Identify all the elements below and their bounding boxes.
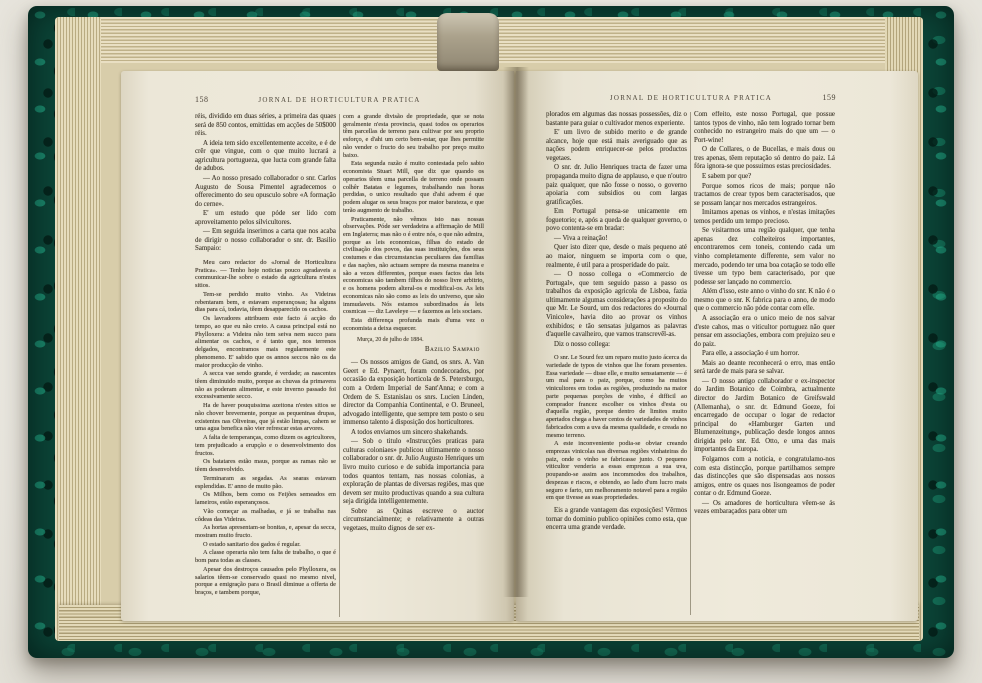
paragraph: plorados em algumas das nossas possessõe… (546, 111, 687, 128)
paragraph: Murça, 20 de julho de 1884. (343, 337, 484, 344)
paragraph: Sobre as Quinas escreve o auctor circums… (343, 508, 484, 534)
paragraph: Meu caro redactor do «Jornal de Horticul… (195, 259, 336, 290)
paragraph: O de Collares, o de Bucellas, e mais dou… (694, 146, 835, 172)
column-rule (690, 112, 691, 615)
paragraph: Os lavradores attribuem este facto á acç… (195, 315, 336, 369)
paragraph: com a grande divisão de propriedade, que… (343, 113, 484, 159)
paragraph: Além d'isso, este anno o vinho do snr. K… (694, 288, 835, 314)
paragraph: Bazilio Sampaio (343, 346, 480, 354)
right-page-number: 159 (802, 93, 836, 102)
paragraph: Imitamos apenas os vinhos, e n'estas imi… (694, 209, 835, 226)
paragraph: — Sob o titulo «Instrucções praticas par… (343, 438, 484, 507)
left-page: 158 JORNAL DE HORTICULTURA PRATICA réis,… (121, 71, 514, 621)
paragraph: O snr. Le Sourd fez um reparo muito just… (546, 354, 687, 439)
paragraph: Ha de haver pouquissima azeitona n'estes… (195, 402, 336, 433)
paragraph: E' um livro de subido merito e de grande… (546, 129, 687, 163)
paragraph: Vão começar as malhadas, e já se trabalh… (195, 508, 336, 523)
paragraph: — Ao nosso presado collaborador o snr. C… (195, 175, 336, 209)
text-column-right-2: Com effeito, este nosso Portugal, que po… (694, 111, 835, 619)
paragraph: Diz o nosso collega: (546, 341, 687, 350)
paragraph: E' um estudo que póde ser lido com aprov… (195, 210, 336, 227)
paragraph: A este inconveniente podia-se obviar cre… (546, 440, 687, 502)
paragraph: O snr. dr. Julio Henriques tracta de faz… (546, 164, 687, 207)
right-page-columns: plorados em algumas das nossas possessõe… (546, 111, 836, 619)
paragraph: As hortas apresentam-se bonitas, e, apes… (195, 524, 336, 539)
right-page: JORNAL DE HORTICULTURA PRATICA 159 plora… (516, 71, 918, 621)
paragraph: Em Portugal pensa-se unicamente em fogue… (546, 208, 687, 234)
paragraph: A associação era o unico meio de nos sal… (694, 315, 835, 349)
paragraph: Esta segunda razão é muito contestada pe… (343, 160, 484, 214)
paragraph: — O nosso collega o «Commercio de Portug… (546, 271, 687, 340)
paragraph: E sabem por que? (694, 173, 835, 182)
paragraph: A classe operaria não tem falta de traba… (195, 549, 336, 564)
journal-title: JORNAL DE HORTICULTURA PRATICA (580, 94, 802, 102)
paragraph: Quer isto dizer que, desde o mais pequen… (546, 244, 687, 270)
paragraph: Praticamente, não vêmos isto nas nossas … (343, 216, 484, 317)
journal-title: JORNAL DE HORTICULTURA PRATICA (229, 96, 450, 104)
paragraph: A ideia tem sido excellentemente acceite… (195, 140, 336, 174)
paragraph: — Os amadores de horticultura vêem-se ás… (694, 500, 835, 517)
paragraph: Mais ao deante reconhecerá o erro, mas e… (694, 360, 835, 377)
paragraph: Os batatares estão maus, porque as ramas… (195, 458, 336, 473)
paragraph: réis, dividido em duas séries, a primeir… (195, 113, 336, 139)
right-page-header: JORNAL DE HORTICULTURA PRATICA 159 (546, 93, 836, 102)
photo-backdrop: 158 JORNAL DE HORTICULTURA PRATICA réis,… (0, 0, 982, 683)
left-page-number: 158 (195, 95, 229, 104)
paragraph: — Os nossos amigos de Gand, os snrs. A. … (343, 359, 484, 428)
paragraph: O estado sanitario dos gados é regular. (195, 541, 336, 549)
column-rule (339, 114, 340, 617)
paragraph: Para elle, a associação é um horror. (694, 350, 835, 359)
text-column-right-1: plorados em algumas das nossas possessõe… (546, 111, 687, 619)
paragraph: Folgamos com a noticia, e congratulamo-n… (694, 456, 835, 499)
paragraph: A falta de temperanças, como dizem os ag… (195, 434, 336, 457)
paragraph: Os Milhos, bem como os Feijões semeados … (195, 491, 336, 506)
page-edge-stack: 158 JORNAL DE HORTICULTURA PRATICA réis,… (55, 17, 923, 641)
spine-headband (437, 13, 499, 71)
paragraph: Porque somos ricos de mais; porque não t… (694, 183, 835, 209)
right-page-content: JORNAL DE HORTICULTURA PRATICA 159 plora… (516, 71, 918, 621)
paragraph: Esta differença profunda mais d'uma vez … (343, 317, 484, 332)
left-page-header: 158 JORNAL DE HORTICULTURA PRATICA (195, 95, 484, 104)
paragraph: Apesar dos destroços causados pelo Phyll… (195, 566, 336, 597)
text-column-left-1: réis, dividido em duas séries, a primeir… (195, 113, 336, 621)
paragraph: — Viva a reinação! (546, 235, 687, 244)
paragraph: Tem-se perdido muito vinho. As Videiras … (195, 291, 336, 314)
paragraph: A secca vae sendo grande, é verdade; as … (195, 370, 336, 401)
paragraph: A todos enviamos um sincero shakehands. (343, 429, 484, 438)
left-page-content: 158 JORNAL DE HORTICULTURA PRATICA réis,… (121, 71, 514, 621)
paragraph: Eis a grande vantagem das exposições! Vê… (546, 507, 687, 533)
page-edges-left (55, 17, 101, 641)
paragraph: — Em seguida inserimos a carta que nos a… (195, 228, 336, 254)
paragraph: Se visitarmos uma região qualquer, que t… (694, 227, 835, 287)
left-page-columns: réis, dividido em duas séries, a primeir… (195, 113, 484, 621)
paragraph: Terminaram as segadas. As searas estavam… (195, 475, 336, 490)
book-cover: 158 JORNAL DE HORTICULTURA PRATICA réis,… (28, 6, 954, 658)
paragraph: Com effeito, este nosso Portugal, que po… (694, 111, 835, 145)
text-column-left-2: com a grande divisão de propriedade, que… (343, 113, 484, 621)
paragraph: — O nosso antigo collaborador e ex-inspe… (694, 378, 835, 455)
